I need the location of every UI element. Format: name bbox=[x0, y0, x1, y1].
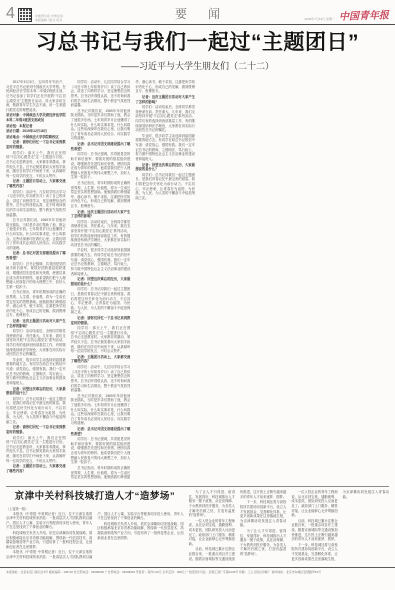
bottom-body-paragraph: 科技城相关负责人介绍，依托京津冀协同发展战略，园区积极承接北京非首都功能疏解，围… bbox=[6, 531, 92, 549]
bottom-headline: 京津中关村科技城打造人才“造梦场” bbox=[6, 492, 184, 502]
body-paragraph: 同学们：总书记同我们一起过主题团日，是我们青春记忆中最宝贵的财富。我们将把这份关… bbox=[135, 173, 195, 201]
body-paragraph: 同学们：总书记强调，共青团是党的助手和后备军，要抓好团的基层组织建设，增强团员先… bbox=[71, 437, 131, 465]
date-text: 2020年7月13日 星期一 bbox=[305, 16, 336, 22]
newspaper-page: 4 中国青年报·中青在线 本版编辑 / 版式 校对 要 闻 2020年7月13日… bbox=[0, 0, 395, 590]
body-paragraph: 记者：请你们回忆一下总书记来到教室时的情景。 bbox=[6, 140, 66, 149]
edition-line2: 本版编辑 / 版式 校对 bbox=[35, 18, 63, 22]
body-paragraph: 记者：总书记对团支部建设提出了哪些希望？ bbox=[6, 251, 66, 260]
body-paragraph: 同学们：活动结束后，全班同学都觉得使命在肩、责任重大。几年来，我们支部坚持开展“… bbox=[71, 220, 131, 248]
body-paragraph: 总书记指出，青年时期形成的正确的世界观、人生观、价值观，将为一生成长奠定坚实的思… bbox=[71, 181, 131, 209]
masthead-logo: 中国青年报 bbox=[339, 11, 389, 23]
body-paragraph: 总书记指出，青年时期形成的正确的世界观、人生观、价值观，将为一生成长奠定坚实的思… bbox=[6, 290, 66, 318]
body-paragraph: 同学们：那天上午，我们正在围绕“不忘初心跟党走”这一主题进行讨论。总书记走进教室… bbox=[6, 151, 66, 179]
bottom-body-paragraph: 为了让人才引得进、留得住、发展得好，科技城推出人才服务一揽子政策，从住房保障、子… bbox=[189, 490, 235, 518]
body-paragraph: 记者：回望这次难忘的经历，大家最想说的是什么？ bbox=[135, 163, 195, 172]
body-paragraph: 记者：这次主题团日活动对大家产生了怎样的影响？ bbox=[6, 319, 66, 328]
body-paragraph: 同学们：活动结束后，全班同学都觉得使命在肩、责任重大。几年来，我们支部坚持开展“… bbox=[6, 329, 66, 357]
bottom-article-left: 京津中关村科技城打造人才“造梦场” （上接第一版） 本报讯（中青报·中青网记者）… bbox=[6, 490, 184, 564]
bottom-body-paragraph: 科技城相关负责人介绍，依托京津冀协同发展战略，园区积极承接北京非首都功能疏解，围… bbox=[97, 522, 183, 540]
bottom-body-paragraph: 一位入驻企业的青年工程师说，从北京到宝坻，通勤便利、成本更低，团队研发投入反而更… bbox=[291, 490, 337, 518]
bottom-body-paragraph: 一位入驻企业的青年工程师说，从北京到宝坻，通勤便利、成本更低，团队研发投入反而更… bbox=[189, 519, 235, 547]
bottom-article: 京津中关村科技城打造人才“造梦场” （上接第一版） 本报讯（中青报·中青网记者）… bbox=[6, 490, 389, 564]
body-paragraph: 采访日期：2019年12月18日 bbox=[6, 129, 66, 134]
body-paragraph: 同学们：那天上午，我们正在围绕“不忘初心跟党走”这一主题进行讨论。总书记走进教室… bbox=[6, 436, 66, 464]
body-paragraph: 采访对象：中国政法大学民商经济法学院本科二年级2班团支部成员 bbox=[6, 113, 66, 122]
body-paragraph: 同学们：活动中，几位同学结合学习《习近平的七年知青岁月》谈了自己的体会，讲述了向… bbox=[6, 190, 66, 218]
body-paragraph: 总书记对我们说，1969年年初他到陕北插队，当时是乡亲们帮助了他，教会了他很多东… bbox=[71, 394, 131, 426]
body-paragraph: 记者：总书记对团支部建设提出了哪些希望？ bbox=[71, 427, 131, 436]
body-paragraph: 2017年5月3日，五四青年节前夕，习近平总书记来到中国政法大学考察。在民商经济… bbox=[6, 80, 66, 112]
main-subtitle: ——习近平与大学生朋友们（二十二） bbox=[0, 59, 395, 72]
bottom-article-left-columns: 本报讯（中青报·中青网记者）近日，位于天津宝坻的京津中关村科技城传来消息：一批高… bbox=[6, 512, 184, 565]
body-paragraph: 同学们：那天上午，我们正在围绕“不忘初心跟党走”这一主题进行讨论。总书记走进教室… bbox=[71, 326, 131, 354]
body-paragraph: 总书记对我们说，1969年年初他到陕北插队，当时是乡亲们帮助了他，教会了他很多东… bbox=[71, 109, 131, 141]
bottom-dateline: （上接第一版） bbox=[6, 506, 184, 511]
body-paragraph: 同学们：总书记强调，共青团是党的助手和后备军，要抓好团的基层组织建设，增强团员先… bbox=[71, 152, 131, 180]
body-paragraph: 记者：请你们回忆一下总书记来到教室时的情景。 bbox=[71, 316, 131, 325]
header-right: 2020年7月13日 星期一 中国青年报 bbox=[229, 12, 389, 22]
edition-info: 中国青年报·中青在线 本版编辑 / 版式 校对 bbox=[35, 14, 63, 22]
body-paragraph: 同学们：活动中，几位同学结合学习《习近平的七年知青岁月》谈了自己的体会，讲述了向… bbox=[71, 365, 131, 393]
body-paragraph: 同学们：总书记同我们一起过主题团日，是我们青春记忆中最宝贵的财富。我们将把这份关… bbox=[6, 397, 66, 425]
bottom-body-paragraph: 为了让人才引得进、留得住、发展得好，科技城推出人才服务一揽子政策，从住房保障、子… bbox=[240, 529, 286, 557]
bottom-article-right-columns: 为了让人才引得进、留得住、发展得好，科技城推出人才服务一揽子政策，从住房保障、子… bbox=[189, 490, 389, 564]
bottom-body-paragraph: 目前，科技城已累计注册企业数百家，一批重点项目开工建设。随着京唐城际等交通设施加… bbox=[291, 519, 337, 542]
body-paragraph: 记者：回望这次难忘的经历，大家最想说的是什么？ bbox=[6, 387, 66, 396]
imprint-line: 本报地址：北京东直门海运仓2号 邮政编码：100702 发行部电话：640983… bbox=[0, 568, 395, 574]
body-paragraph: 记者：主题团日活动上，大家都交流了哪些内容？ bbox=[6, 179, 66, 188]
body-paragraph: 毕业时，很多同学主动选择到祖国最需要的地方去。有同学在给总书记的信中写道：请党放… bbox=[135, 134, 195, 162]
body-paragraph: 记者：主题团日活动上，大家都交流了哪些内容？ bbox=[6, 464, 66, 473]
body-paragraph: 采访组：本报记者 bbox=[6, 124, 66, 129]
section-title: 要 闻 bbox=[166, 5, 229, 22]
body-paragraph: 记者：总书记对团支部建设提出了哪些希望？ bbox=[71, 142, 131, 151]
body-paragraph: 同学们：活动中，几位同学结合学习《习近平的七年知青岁月》谈了自己的体会，讲述了向… bbox=[71, 80, 131, 108]
qr-code-icon bbox=[18, 8, 32, 22]
article-divider bbox=[6, 486, 389, 487]
bottom-body-paragraph: 下一步，科技城还将与高校院所共建协同创新平台，设立人才发展基金，完善孵化体系，让… bbox=[240, 500, 286, 528]
body-paragraph: 记者：这次主题团日活动对大家产生了怎样的影响？ bbox=[135, 95, 195, 104]
page-number: 4 bbox=[6, 6, 15, 22]
main-headline: 习总书记与我们一起过“主题团日” bbox=[4, 31, 391, 55]
header-left: 4 中国青年报·中青在线 本版编辑 / 版式 校对 bbox=[6, 6, 166, 22]
body-paragraph: 采访地点：中国政法大学学院路校区 bbox=[6, 135, 66, 140]
header-rule bbox=[0, 24, 395, 25]
body-paragraph: 记者：回望这次难忘的经历，大家最想说的是什么？ bbox=[71, 277, 131, 286]
body-paragraph: 同学们：总书记强调，共青团是党的助手和后备军，要抓好团的基层组织建设，增强团员先… bbox=[6, 262, 66, 290]
body-paragraph: 同学们：总书记同我们一起过主题团日，是我们青春记忆中最宝贵的财富。我们将把这份关… bbox=[71, 287, 131, 315]
body-paragraph: 毕业时，很多同学主动选择到祖国最需要的地方去。有同学在给总书记的信中写道：请党放… bbox=[6, 358, 66, 386]
body-paragraph: 记者：主题团日活动上，大家都交流了哪些内容？ bbox=[71, 355, 131, 364]
bottom-body-paragraph: 本报讯（中青报·中青网记者）近日，位于天津宝坻的京津中关村科技城传来消息：一批高… bbox=[6, 512, 92, 530]
page-header: 4 中国青年报·中青在线 本版编辑 / 版式 校对 要 闻 2020年7月13日… bbox=[0, 0, 395, 24]
body-paragraph: 总书记对我们说，1969年年初他到陕北插队，当时是乡亲们帮助了他，教会了他很多东… bbox=[6, 218, 66, 250]
body-paragraph: 毕业时，很多同学主动选择到祖国最需要的地方去。有同学在给总书记的信中写道：请党放… bbox=[71, 248, 131, 276]
body-paragraph: 同学们：活动结束后，全班同学都觉得使命在肩、责任重大。几年来，我们支部坚持开展“… bbox=[135, 105, 195, 133]
main-article-body: 2017年5月3日，五四青年节前夕，习近平总书记来到中国政法大学考察。在民商经济… bbox=[6, 80, 389, 482]
body-paragraph: 记者：请你们回忆一下总书记来到教室时的情景。 bbox=[6, 425, 66, 434]
body-paragraph: 记者：这次主题团日活动对大家产生了怎样的影响？ bbox=[71, 210, 131, 219]
